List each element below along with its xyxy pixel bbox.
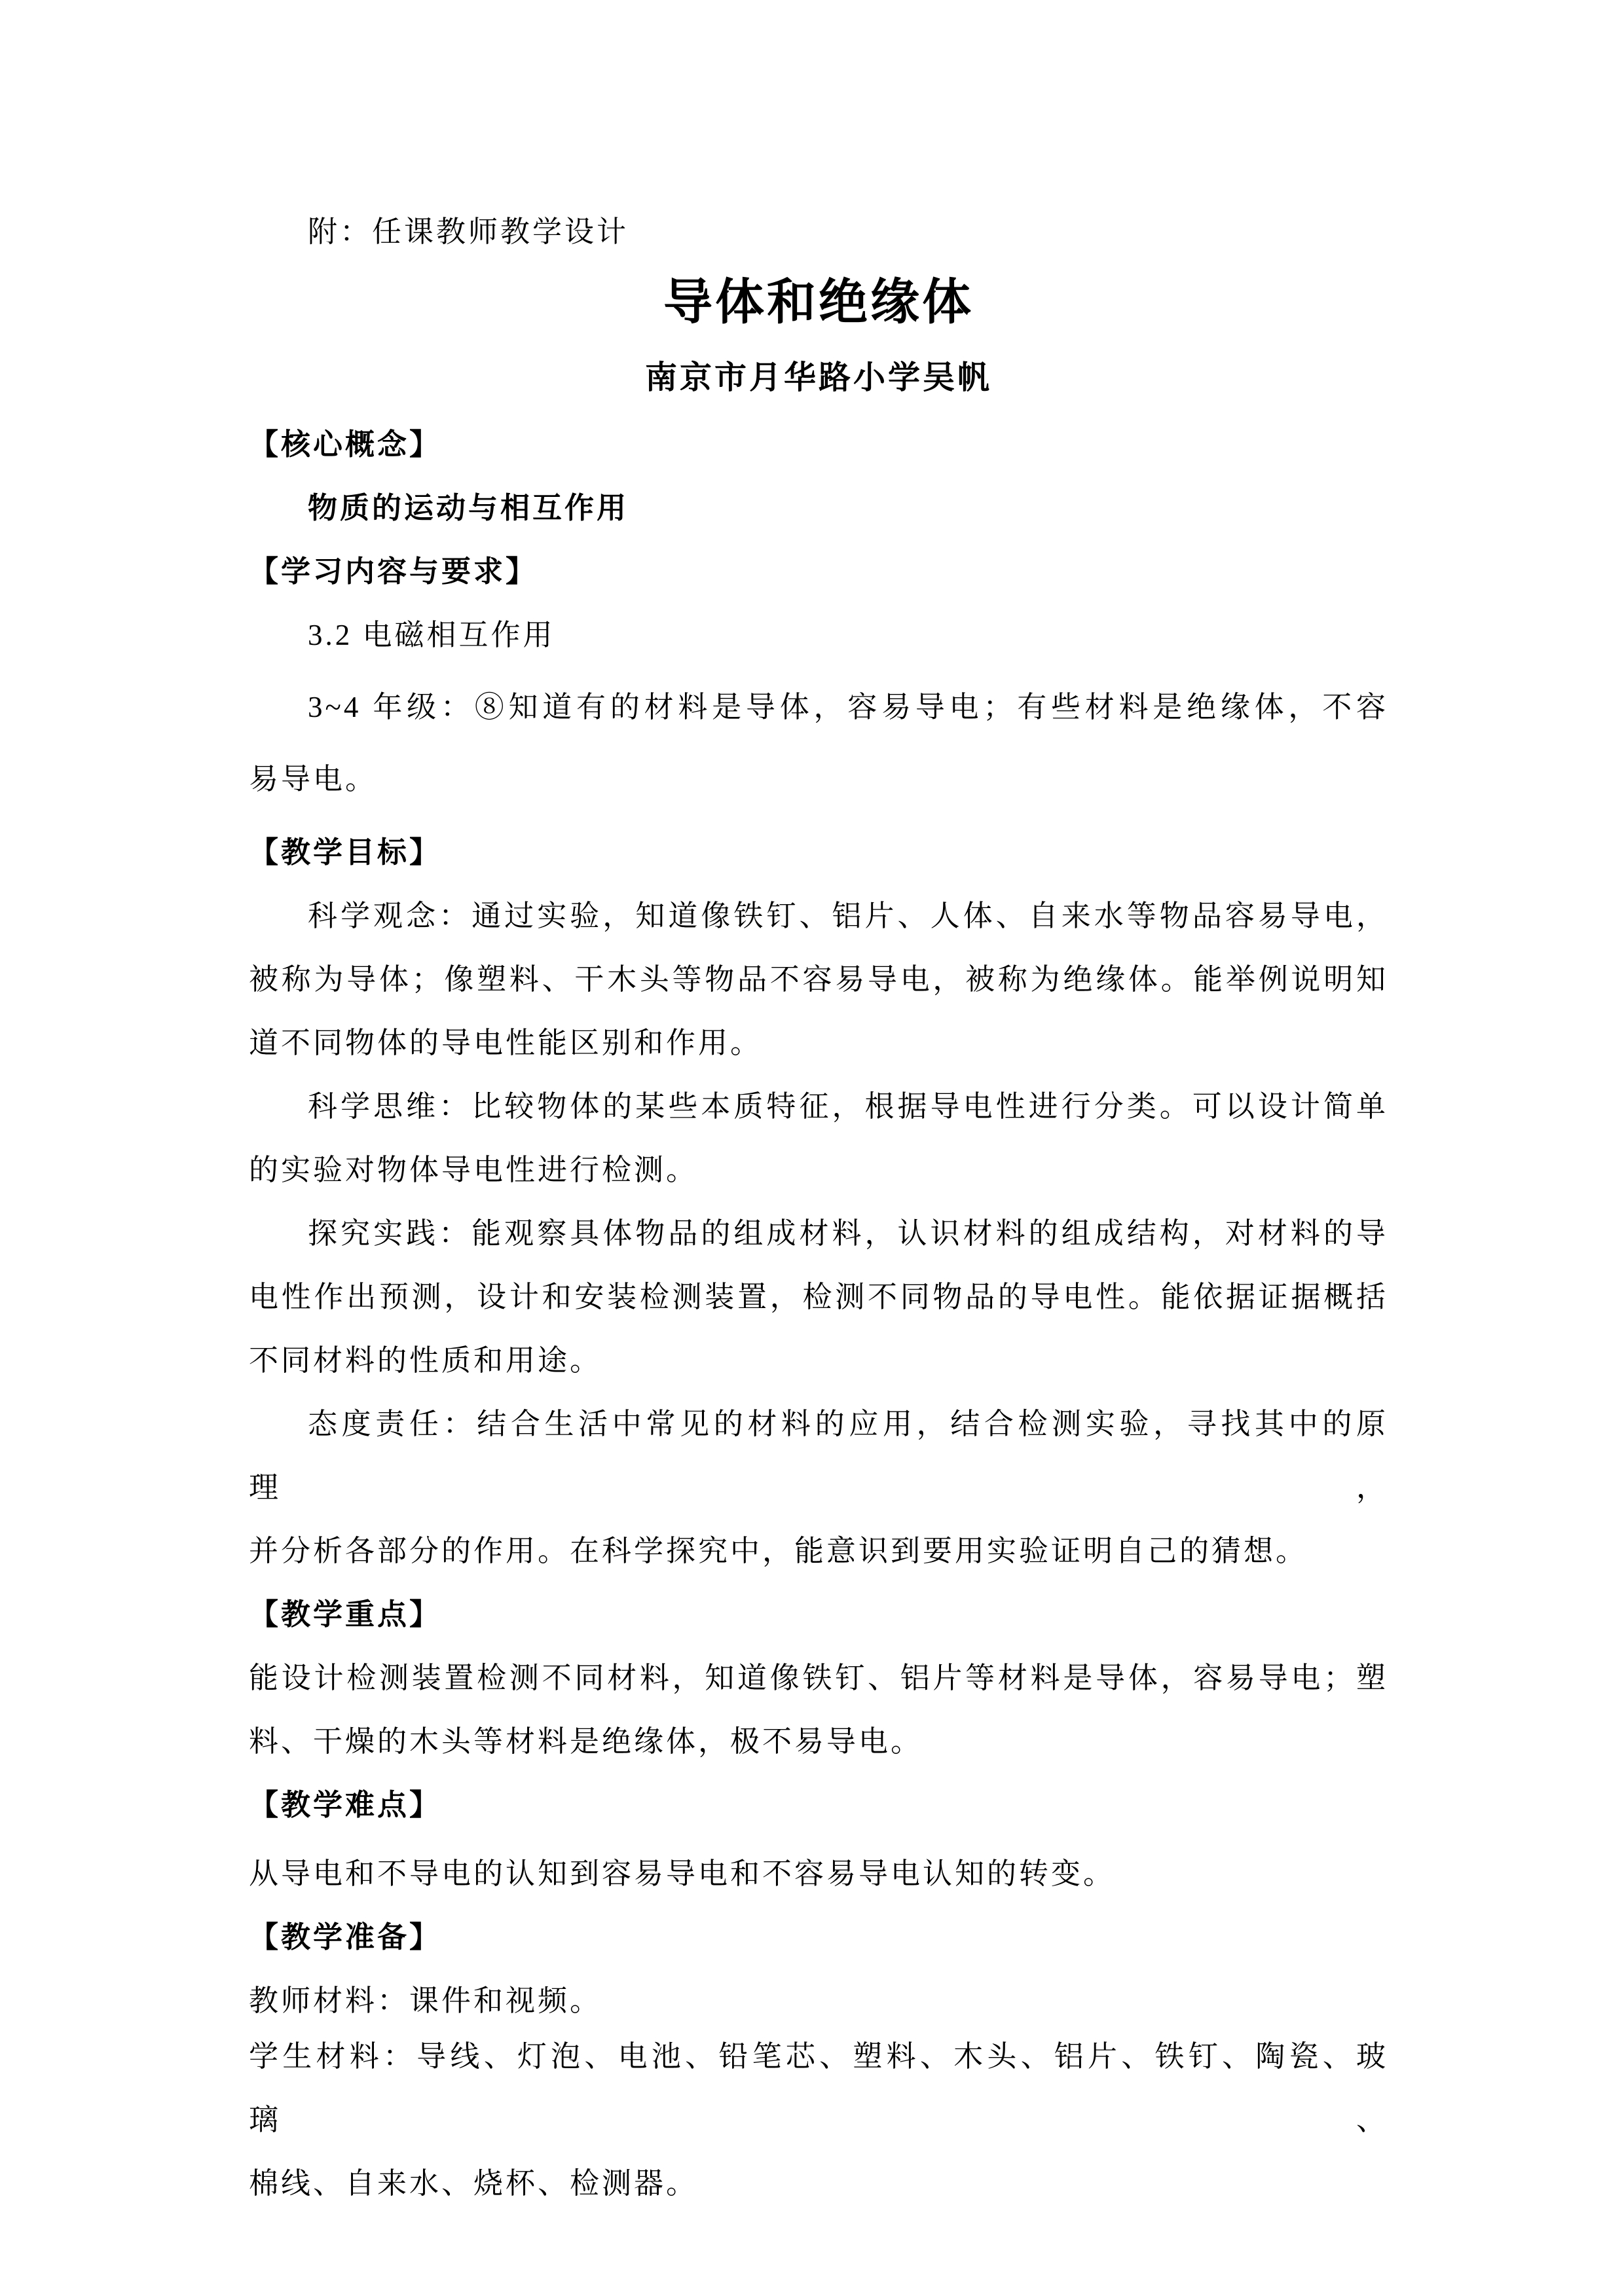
teaching-goals-line: 道不同物体的导电性能区别和作用。 <box>249 1011 1388 1075</box>
section-heading-teaching-focus: 【教学重点】 <box>249 1583 1388 1647</box>
core-concept-text: 物质的运动与相互作用 <box>249 477 1388 540</box>
teaching-goals-line: 的实验对物体导电性进行检测。 <box>249 1139 1388 1202</box>
attachment-note: 附：任课教师教学设计 <box>249 200 1388 264</box>
teaching-goals-line: 探究实践：能观察具体物品的组成材料，认识材料的组成结构，对材料的导 <box>249 1202 1388 1266</box>
learning-content-line: 3~4 年级：⑧知道有的材料是导体，容易导电；有些材料是绝缘体，不容 <box>249 676 1388 739</box>
learning-content-line: 3.2 电磁相互作用 <box>249 604 1388 667</box>
teaching-goals-line: 不同材料的性质和用途。 <box>249 1329 1388 1393</box>
teaching-focus-line: 能设计检测装置检测不同材料，知道像铁钉、铝片等材料是导体，容易导电；塑 <box>249 1647 1388 1710</box>
section-heading-teaching-goals: 【教学目标】 <box>249 821 1388 884</box>
learning-content-line: 易导电。 <box>249 748 1388 811</box>
teaching-difficulty-line: 从导电和不导电的认知到容易导电和不容易导电认知的转变。 <box>249 1842 1388 1906</box>
section-heading-teaching-difficulty: 【教学难点】 <box>249 1774 1388 1837</box>
document-author: 南京市月华路小学吴帆 <box>249 342 1388 413</box>
document-content: 附：任课教师教学设计 导体和绝缘体 南京市月华路小学吴帆 【核心概念】 物质的运… <box>249 200 1388 2215</box>
section-heading-learning-content: 【学习内容与要求】 <box>249 540 1388 604</box>
section-heading-core-concept: 【核心概念】 <box>249 413 1388 477</box>
teacher-materials-line: 教师材料：课件和视频。 <box>249 1969 1388 2033</box>
teaching-goals-line: 并分析各部分的作用。在科学探究中，能意识到要用实验证明自己的猜想。 <box>249 1520 1388 1583</box>
teaching-goals-line: 电性作出预测，设计和安装检测装置，检测不同物品的导电性。能依据证据概括 <box>249 1266 1388 1329</box>
student-materials-line: 棉线、自来水、烧杯、检测器。 <box>249 2152 1388 2215</box>
student-materials-line: 学生材料：导线、灯泡、电池、铅笔芯、塑料、木头、铝片、铁钉、陶瓷、玻璃、 <box>249 2025 1388 2152</box>
document-page: 附：任课教师教学设计 导体和绝缘体 南京市月华路小学吴帆 【核心概念】 物质的运… <box>0 0 1624 2296</box>
teaching-goals-line: 被称为导体；像塑料、干木头等物品不容易导电，被称为绝缘体。能举例说明知 <box>249 948 1388 1011</box>
teaching-goals-line: 科学思维：比较物体的某些本质特征，根据导电性进行分类。可以设计简单 <box>249 1075 1388 1139</box>
section-heading-teaching-preparation: 【教学准备】 <box>249 1906 1388 1969</box>
teaching-goals-line: 科学观念：通过实验，知道像铁钉、铝片、人体、自来水等物品容易导电， <box>249 884 1388 948</box>
page-title: 导体和绝缘体 <box>249 264 1388 342</box>
teaching-focus-line: 料、干燥的木头等材料是绝缘体，极不易导电。 <box>249 1710 1388 1774</box>
teaching-goals-line: 态度责任：结合生活中常见的材料的应用，结合检测实验，寻找其中的原理， <box>249 1393 1388 1520</box>
